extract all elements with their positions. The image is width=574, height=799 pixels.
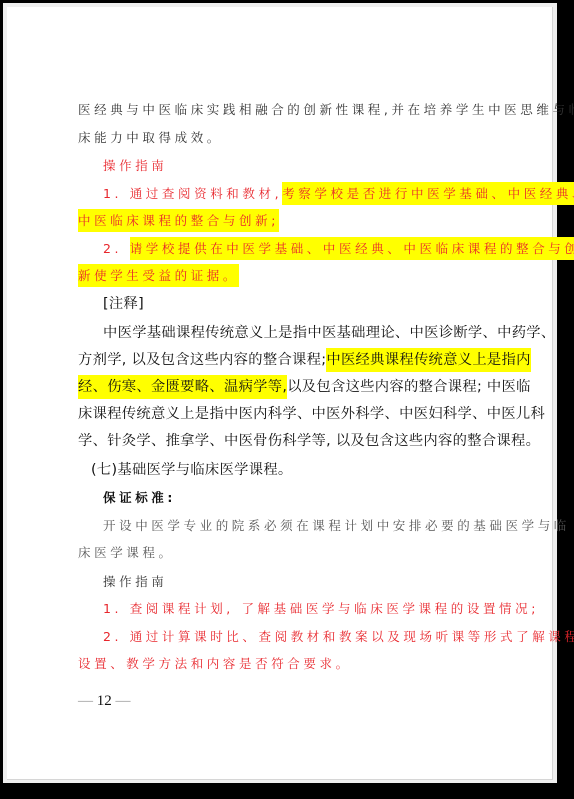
note-line: 学、针灸学、推拿学、中医骨伤科学等, 以及包含这些内容的整合课程。 [78,432,540,450]
text: 2. [103,241,130,256]
highlighted-text: 考察学校是否进行中医学基础、中医经典、 [282,182,574,205]
guide-item-2-cont: 设置、教学方法和内容是否符合要求。 [78,655,352,673]
guide-item-2: 2. 请学校提供在中医学基础、中医经典、中医临床课程的整合与创 [103,240,574,258]
text: 设置、教学方法和内容是否符合要求。 [78,656,352,671]
guide-item-1-cont: 中医临床课程的整合与创新; [78,212,279,230]
text: 中医学基础课程传统意义上是指中医基础理论、中医诊断学、中药学、 [103,325,556,341]
guide-item-2-cont: 新使学生受益的证据。 [78,267,239,285]
note-line: 方剂学, 以及包含这些内容的整合课程;中医经典课程传统意义上是指内 [78,351,531,369]
guide-heading: 操作指南 [103,157,167,175]
text: 床能力中取得成效。 [78,130,223,145]
guide-item-1: 1. 通过查阅资料和教材,考察学校是否进行中医学基础、中医经典、 [103,185,574,203]
text: 方剂学, 以及包含这些内容的整合课程; [78,352,326,368]
highlighted-text: 请学校提供在中医学基础、中医经典、中医临床课程的整合与创 [130,237,574,260]
text: 1. 通过查阅资料和教材, [103,186,282,201]
text: 保证标准: [103,490,176,505]
text: 操作指南 [103,158,167,173]
text: 床医学课程。 [78,545,175,560]
text: 医经典与中医临床实践相融合的创新性课程,并在培养学生中医思维与临 [78,102,574,117]
text: (七)基础医学与临床医学课程。 [91,462,293,478]
standard-line: 床医学课程。 [78,544,175,562]
document-viewer: 医经典与中医临床实践相融合的创新性课程,并在培养学生中医思维与临 床能力中取得成… [0,0,574,799]
note-heading: [注释] [103,295,144,313]
page-number: — 12 — [78,693,131,710]
note-line: 中医学基础课程传统意义上是指中医基础理论、中医诊断学、中药学、 [103,324,556,342]
highlighted-text: 经、伤寒、金匮要略、温病学等, [78,375,287,399]
text: [注释] [103,296,144,312]
highlighted-text: 中医临床课程的整合与创新; [78,209,279,232]
note-line: 床课程传统意义上是指中医内科学、中医外科学、中医妇科学、中医儿科 [78,405,545,423]
page-number-value: 12 [97,693,112,709]
paragraph-line: 床能力中取得成效。 [78,129,223,147]
guide-item-2: 2. 通过计算课时比、查阅教材和教案以及现场听课等形式了解课程 [103,628,574,646]
text: 2. 通过计算课时比、查阅教材和教案以及现场听课等形式了解课程 [103,629,574,644]
highlighted-text: 新使学生受益的证据。 [78,264,239,287]
text: 以及包含这些内容的整合课程; 中医临 [287,379,531,395]
guide-heading: 操作指南 [103,573,167,591]
page-frame: 医经典与中医临床实践相融合的创新性课程,并在培养学生中医思维与临 床能力中取得成… [3,3,557,783]
dash-right: — [116,693,131,709]
standard-heading: 保证标准: [103,489,176,507]
text: 学、针灸学、推拿学、中医骨伤科学等, 以及包含这些内容的整合课程。 [78,433,540,449]
section-heading: (七)基础医学与临床医学课程。 [91,461,293,479]
dash-left: — [78,693,93,709]
document-page: 医经典与中医临床实践相融合的创新性课程,并在培养学生中医思维与临 床能力中取得成… [7,7,553,780]
paragraph-line: 医经典与中医临床实践相融合的创新性课程,并在培养学生中医思维与临 [78,101,574,119]
text: 床课程传统意义上是指中医内科学、中医外科学、中医妇科学、中医儿科 [78,406,545,422]
text: 开设中医学专业的院系必须在课程计划中安排必要的基础医学与临 [103,518,570,533]
text: 操作指南 [103,574,167,589]
standard-line: 开设中医学专业的院系必须在课程计划中安排必要的基础医学与临 [103,517,570,535]
guide-item-1: 1. 查阅课程计划, 了解基础医学与临床医学课程的设置情况; [103,600,539,618]
highlighted-text: 中医经典课程传统意义上是指内 [326,348,530,372]
note-line: 经、伤寒、金匮要略、温病学等,以及包含这些内容的整合课程; 中医临 [78,378,531,396]
text: 1. 查阅课程计划, 了解基础医学与临床医学课程的设置情况; [103,601,539,616]
